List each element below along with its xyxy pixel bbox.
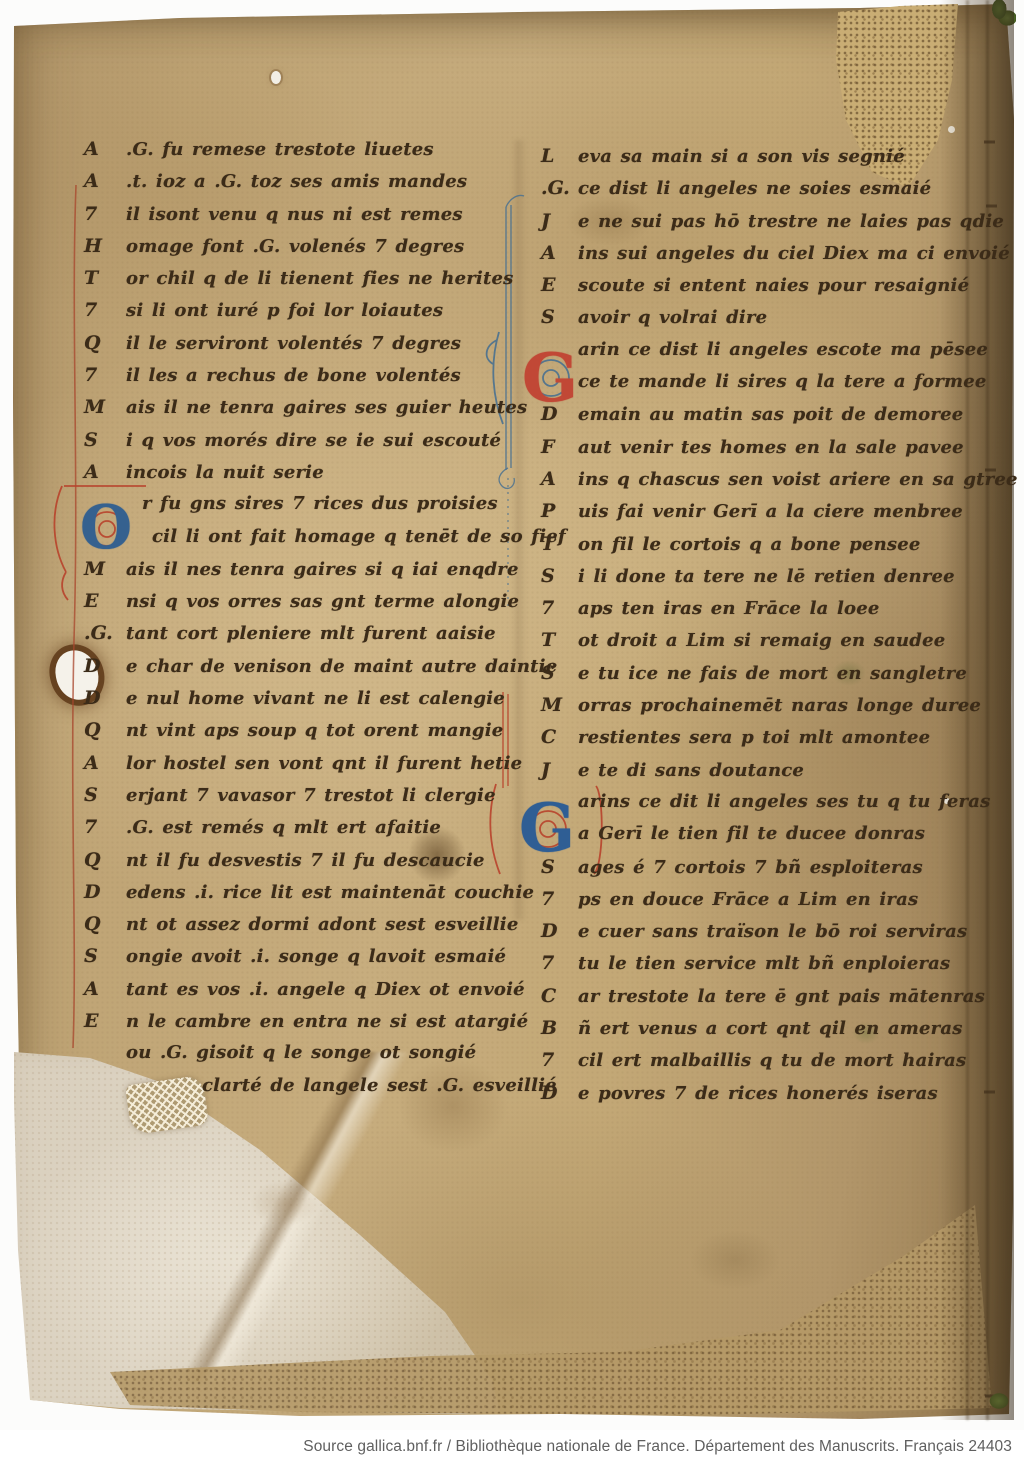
verse-line: Ensi q vos orres sas gnt terme alongie — [84, 585, 520, 617]
line-initial: S — [541, 560, 578, 592]
verse-text: si li ont iuré p foi lor loiautes — [126, 295, 443, 327]
verse-text: edens .i. rice lit est maintenāt couchie — [126, 877, 534, 909]
verse-line: ou .G. gisoit q le songe ot songié — [84, 1037, 520, 1069]
verse-line: Dedens .i. rice lit est maintenāt couchi… — [84, 876, 520, 908]
line-initial: A — [541, 463, 578, 495]
verse-line: Alor hostel sen vont qnt il furent hetie — [84, 747, 520, 779]
verse-line: A.t. ioz a .G. toz ses amis mandes — [84, 165, 520, 197]
line-initial: Q — [84, 714, 126, 746]
verse-line: arins ce dit li angeles ses tu q tu fera… — [541, 786, 1011, 818]
verse-text: il le serviront volentés 7 degres — [126, 328, 461, 360]
verse-text: i q vos morés dire se ie sui escouté — [126, 425, 501, 457]
verse-line: Puis fai venir Gerī a la ciere menbree — [541, 495, 1011, 527]
line-initial: 7 — [541, 592, 578, 624]
line-initial: E — [84, 585, 126, 617]
verse-line: Je te di sans doutance — [541, 754, 1011, 786]
verse-text: aut venir tes homes en la sale pavee — [578, 432, 964, 464]
verse-line: Se tu ice ne fais de mort en sangletre — [541, 657, 1011, 689]
verse-text: scoute si entent naies pour resaignié — [578, 270, 969, 302]
line-initial: .G. — [84, 617, 126, 649]
verse-line: Car trestote la tere ē gnt pais mātenras — [541, 980, 1011, 1012]
verse-text: il les a rechus de bone volentés — [126, 360, 461, 392]
verse-text: nsi q vos orres sas gnt terme alongie — [126, 586, 519, 618]
verse-line: Qil le serviront volentés 7 degres — [84, 327, 520, 359]
line-initial: B — [541, 1012, 578, 1044]
line-initial: S — [84, 940, 126, 972]
line-initial: S — [541, 301, 578, 333]
line-initial: 7 — [541, 1044, 578, 1076]
verse-text: e cuer sans traïson le bō roi serviras — [578, 916, 967, 948]
verse-text: ais il nes tenra gaires si q iai enqdre — [126, 554, 519, 586]
verse-text: ce dist li angeles ne soies esmaié — [578, 173, 931, 205]
verse-text: cil ert malbaillis q tu de mort hairas — [578, 1045, 966, 1077]
verse-line: 7.G. est remés q mlt ert afaitie — [84, 811, 520, 843]
verse-text: emain au matin sas poit de demoree — [578, 399, 963, 431]
verse-text: or chil q de li tienent fies ne herites — [126, 263, 513, 295]
line-initial: 7 — [84, 811, 126, 843]
verse-line: Mais il nes tenra gaires si q iai enqdre — [84, 553, 520, 585]
verse-line: Crestientes sera p toi mlt amontee — [541, 721, 1011, 753]
verse-line: 7cil ert malbaillis q tu de mort hairas — [541, 1044, 1011, 1076]
verse-text: ñ ert venus a cort qnt qil en ameras — [578, 1013, 963, 1045]
verse-line: cil li ont fait homage q tenēt de so fie… — [110, 521, 520, 553]
line-initial: M — [541, 689, 578, 721]
line-initial: S — [84, 424, 126, 456]
line-initial: T — [541, 624, 578, 656]
verse-text: incois la nuit serie — [126, 457, 324, 489]
verse-text: clarté de langele sest .G. esveillié — [202, 1070, 557, 1102]
verse-line: .G.ce dist li angeles ne soies esmaié — [541, 172, 1011, 204]
verse-text: avoir q volrai dire — [578, 302, 767, 334]
verse-text: nt ot assez dormi adont sest esveillie — [126, 909, 518, 941]
verse-text: e te di sans doutance — [578, 755, 804, 787]
line-initial: A — [84, 133, 126, 165]
source-attribution: Source gallica.bnf.fr / Bibliothèque nat… — [303, 1438, 1012, 1456]
line-initial: E — [84, 1005, 126, 1037]
verse-text: ar trestote la tere ē gnt pais mātenras — [578, 981, 985, 1013]
verse-text: omage font .G. volenés 7 degres — [126, 231, 464, 263]
verse-text: e nul home vivant ne li est calengie — [126, 683, 505, 715]
verse-line: r fu gns sires 7 rices dus proisies — [100, 488, 520, 520]
verse-text: e char de venison de maint autre daintie — [126, 651, 557, 683]
verse-line: Je ne sui pas hō trestre ne laies pas qd… — [541, 205, 1011, 237]
verse-text: ins q chascus sen voist ariere en sa gtr… — [578, 464, 1018, 496]
verse-line: .G.tant cort pleniere mlt furent aaisie — [84, 617, 520, 649]
verse-line: En le cambre en entra ne si est atargié — [84, 1005, 520, 1037]
verse-line: Tor chil q de li tienent fies ne herites — [84, 262, 520, 294]
verse-text: cil li ont fait homage q tenēt de so fie… — [152, 521, 566, 553]
verse-line: 7il isont venu q nus ni est remes — [84, 198, 520, 230]
verse-text: restientes sera p toi mlt amontee — [578, 722, 930, 754]
verse-text: tu le tien service mlt bñ enploieras — [578, 948, 950, 980]
verse-line: Songie avoit .i. songe q lavoit esmaié — [84, 940, 520, 972]
line-initial: T — [84, 262, 126, 294]
verse-line: Escoute si entent naies pour resaignié — [541, 269, 1011, 301]
verse-line: 7il les a rechus de bone volentés — [84, 359, 520, 391]
line-initial: S — [541, 657, 578, 689]
verse-line: Atant es vos .i. angele q Diex ot envoié — [84, 973, 520, 1005]
verse-text: e tu ice ne fais de mort en sangletre — [578, 658, 967, 690]
line-initial: C — [541, 980, 578, 1012]
verse-text: ins sui angeles du ciel Diex ma ci envoi… — [578, 238, 1010, 270]
verse-line: Qnt vint aps soup q tot orent mangie — [84, 714, 520, 746]
verse-line: Leva sa main si a son vis segnié — [541, 140, 1011, 172]
verse-line: 7ps en douce Frāce a Lim en iras — [541, 883, 1011, 915]
parchment-hole-small — [271, 71, 281, 84]
verse-text: ce te mande li sires q la tere a formee — [578, 366, 987, 398]
drop-cap-o-1: O — [64, 486, 148, 570]
verse-line: Homage font .G. volenés 7 degres — [84, 230, 520, 262]
verse-text: tant es vos .i. angele q Diex ot envoié — [126, 974, 525, 1006]
verse-line: Ains sui angeles du ciel Diex ma ci envo… — [541, 237, 1011, 269]
verse-text: ais il ne tenra gaires ses guier heutes — [126, 392, 527, 424]
verse-text: on fil le cortois q a bone pensee — [578, 529, 921, 561]
line-initial: H — [84, 230, 126, 262]
verse-text: arin ce dist li angeles escote ma pēsee — [578, 334, 988, 366]
line-initial: T — [541, 528, 578, 560]
text-column-left: A.G. fu remese trestote liuetesA.t. ioz … — [84, 133, 520, 1102]
verse-line: Morras prochainemēt naras longe duree — [541, 689, 1011, 721]
line-initial: .G. — [541, 172, 578, 204]
verse-text: i li done ta tere ne lē retien denree — [578, 561, 955, 593]
verse-line: De nul home vivant ne li est calengie — [84, 682, 520, 714]
verse-line: 7si li ont iuré p foi lor loiautes — [84, 294, 520, 326]
line-initial: C — [541, 721, 578, 753]
verse-line: Faut venir tes homes en la sale pavee — [541, 431, 1011, 463]
line-initial: L — [541, 140, 578, 172]
verse-line: Savoir q volrai dire — [541, 301, 1011, 333]
line-initial: D — [541, 915, 578, 947]
verse-line: De cuer sans traïson le bō roi serviras — [541, 915, 1011, 947]
line-initial: D — [84, 682, 126, 714]
line-initial: Q — [84, 908, 126, 940]
verse-text: a Gerī le tien fil te ducee donras — [578, 818, 925, 850]
line-initial: Q — [84, 844, 126, 876]
verse-line: clarté de langele sest .G. esveillié — [160, 1070, 520, 1102]
line-initial: J — [541, 205, 578, 237]
line-initial: D — [84, 650, 126, 682]
verse-line: Si q vos morés dire se ie sui escouté — [84, 424, 520, 456]
verse-text: ongie avoit .i. songe q lavoit esmaié — [126, 941, 506, 973]
line-initial: M — [84, 391, 126, 423]
verse-text: tant cort pleniere mlt furent aaisie — [126, 618, 496, 650]
line-initial: A — [84, 973, 126, 1005]
verse-line: A.G. fu remese trestote liuetes — [84, 133, 520, 165]
verse-line: arin ce dist li angeles escote ma pēsee — [541, 334, 1011, 366]
line-initial: F — [541, 431, 578, 463]
verse-line: Demain au matin sas poit de demoree — [541, 398, 1011, 430]
text-column-right: Leva sa main si a son vis segnié.G.ce di… — [541, 140, 1011, 1109]
verse-text: ot droit a Lim si remaig en saudee — [578, 625, 945, 657]
line-initial: A — [84, 747, 126, 779]
line-initial: D — [84, 876, 126, 908]
line-initial: A — [541, 237, 578, 269]
footer-bar: Source gallica.bnf.fr / Bibliothèque nat… — [0, 1430, 1024, 1463]
verse-line: Sages é 7 cortois 7 bñ esploiteras — [541, 851, 1011, 883]
verse-line: Bñ ert venus a cort qnt qil en ameras — [541, 1012, 1011, 1044]
verse-line: Tot droit a Lim si remaig en saudee — [541, 624, 1011, 656]
verse-text: nt il fu desvestis 7 il fu descaucie — [126, 845, 485, 877]
line-initial: A — [84, 165, 126, 197]
verse-text: e povres 7 de rices honerés iseras — [578, 1078, 938, 1110]
drop-cap-g-2: G — [503, 332, 597, 424]
verse-line: ce te mande li sires q la tere a formee — [541, 366, 1011, 398]
line-initial: Q — [84, 327, 126, 359]
verse-text: n le cambre en entra ne si est atargié — [126, 1006, 528, 1038]
verse-text: il isont venu q nus ni est remes — [126, 199, 463, 231]
line-initial: E — [541, 269, 578, 301]
verse-line: 7aps ten iras en Frāce la loee — [541, 592, 1011, 624]
verse-line: Serjant 7 vavasor 7 trestot li clergie — [84, 779, 520, 811]
verse-line: Si li done ta tere ne lē retien denree — [541, 560, 1011, 592]
verse-text: ages é 7 cortois 7 bñ esploiteras — [578, 852, 923, 884]
verse-text: orras prochainemēt naras longe duree — [578, 690, 981, 722]
verse-text: .G. fu remese trestote liuetes — [126, 134, 434, 166]
line-initial: 7 — [84, 294, 126, 326]
line-initial: S — [84, 779, 126, 811]
verse-line: a Gerī le tien fil te ducee donras — [541, 818, 1011, 850]
verse-text: ou .G. gisoit q le songe ot songié — [126, 1037, 476, 1069]
line-initial: P — [541, 495, 578, 527]
verse-line: Qnt il fu desvestis 7 il fu descaucie — [84, 844, 520, 876]
line-initial: D — [541, 1077, 578, 1109]
gallica-manuscript-scan: { "footer": { "source_line": "Source gal… — [0, 0, 1024, 1463]
verse-line: Mais il ne tenra gaires ses guier heutes — [84, 391, 520, 423]
line-initial: 7 — [541, 947, 578, 979]
verse-text: .t. ioz a .G. toz ses amis mandes — [126, 166, 467, 198]
verse-line: De povres 7 de rices honerés iseras — [541, 1077, 1011, 1109]
drop-cap-g-3: G — [500, 782, 594, 874]
verse-text: lor hostel sen vont qnt il furent hetie — [126, 748, 522, 780]
line-initial: 7 — [84, 359, 126, 391]
verse-line: Ains q chascus sen voist ariere en sa gt… — [541, 463, 1011, 495]
verse-text: e ne sui pas hō trestre ne laies pas qdi… — [578, 206, 1004, 238]
verse-text: uis fai venir Gerī a la ciere menbree — [578, 496, 963, 528]
line-initial: 7 — [541, 883, 578, 915]
verse-text: ps en douce Frāce a Lim en iras — [578, 884, 918, 916]
verse-text: nt vint aps soup q tot orent mangie — [126, 715, 503, 747]
verse-text: eva sa main si a son vis segnié — [578, 141, 905, 173]
verse-line: 7tu le tien service mlt bñ enploieras — [541, 947, 1011, 979]
verse-text: arins ce dit li angeles ses tu q tu fera… — [578, 786, 990, 818]
verse-text: .G. est remés q mlt ert afaitie — [126, 812, 441, 844]
verse-text: r fu gns sires 7 rices dus proisies — [142, 488, 498, 520]
verse-line: De char de venison de maint autre dainti… — [84, 650, 520, 682]
verse-line: Aincois la nuit serie — [84, 456, 520, 488]
verse-line: Ton fil le cortois q a bone pensee — [541, 528, 1011, 560]
verse-text: aps ten iras en Frāce la loee — [578, 593, 880, 625]
verse-text: erjant 7 vavasor 7 trestot li clergie — [126, 780, 496, 812]
verse-line: Qnt ot assez dormi adont sest esveillie — [84, 908, 520, 940]
line-initial: 7 — [84, 198, 126, 230]
line-initial: A — [84, 456, 126, 488]
